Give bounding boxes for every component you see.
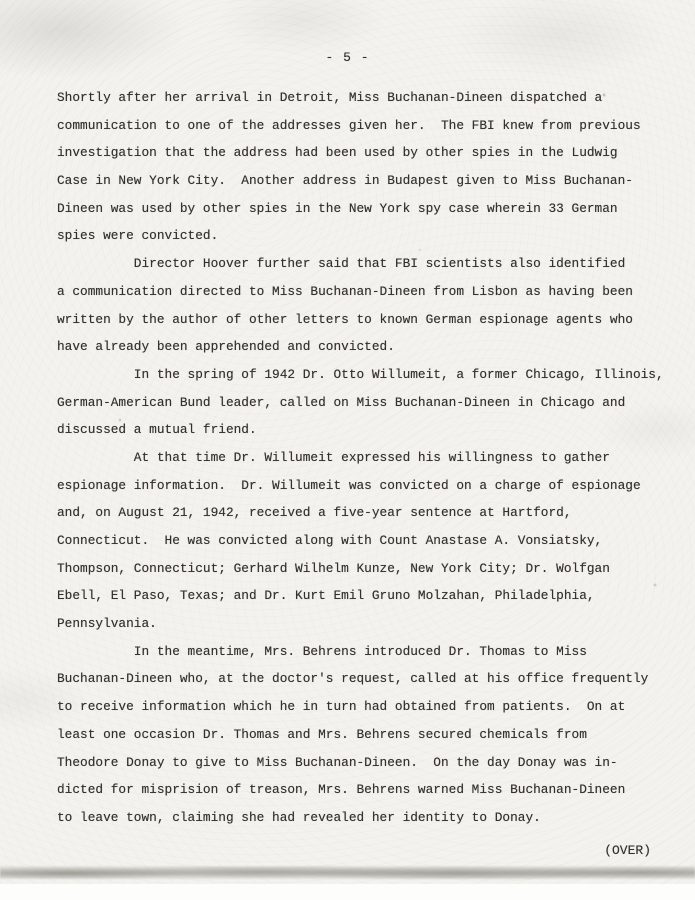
- document-body: Shortly after her arrival in Detroit, Mi…: [57, 84, 669, 832]
- document-line: Thompson, Connecticut; Gerhard Wilhelm K…: [57, 555, 669, 583]
- document-line: communication to one of the addresses gi…: [57, 112, 669, 140]
- document-line: German-American Bund leader, called on M…: [57, 389, 669, 417]
- document-line: Case in New York City. Another address i…: [57, 167, 669, 195]
- document-line: a communication directed to Miss Buchana…: [57, 278, 669, 306]
- over-note: (OVER): [604, 843, 651, 858]
- document-line: have already been apprehended and convic…: [57, 333, 669, 361]
- document-line: dicted for misprision of treason, Mrs. B…: [57, 776, 669, 804]
- page-edge-shadow: [0, 866, 695, 879]
- document-line: Connecticut. He was convicted along with…: [57, 527, 669, 555]
- document-line: Shortly after her arrival in Detroit, Mi…: [57, 84, 669, 112]
- document-line: to receive information which he in turn …: [57, 693, 669, 721]
- document-line: Ebell, El Paso, Texas; and Dr. Kurt Emil…: [57, 582, 669, 610]
- scan-background: [0, 884, 695, 900]
- document-line: and, on August 21, 1942, received a five…: [57, 499, 669, 527]
- document-line: discussed a mutual friend.: [57, 416, 669, 444]
- document-line: Dineen was used by other spies in the Ne…: [57, 195, 669, 223]
- document-line: Buchanan-Dineen who, at the doctor's req…: [57, 665, 669, 693]
- document-line: espionage information. Dr. Willumeit was…: [57, 472, 669, 500]
- document-line: least one occasion Dr. Thomas and Mrs. B…: [57, 721, 669, 749]
- document-line: Director Hoover further said that FBI sc…: [57, 250, 669, 278]
- document-line: At that time Dr. Willumeit expressed his…: [57, 444, 669, 472]
- document-line: In the spring of 1942 Dr. Otto Willumeit…: [57, 361, 669, 389]
- document-line: spies were convicted.: [57, 222, 669, 250]
- document-line: to leave town, claiming she had revealed…: [57, 804, 669, 832]
- document-line: investigation that the address had been …: [57, 139, 669, 167]
- page-number: - 5 -: [0, 50, 695, 65]
- document-line: In the meantime, Mrs. Behrens introduced…: [57, 638, 669, 666]
- document-line: Pennsylvania.: [57, 610, 669, 638]
- scanned-document-page: - 5 - Shortly after her arrival in Detro…: [0, 0, 695, 884]
- document-line: written by the author of other letters t…: [57, 306, 669, 334]
- document-line: Theodore Donay to give to Miss Buchanan-…: [57, 749, 669, 777]
